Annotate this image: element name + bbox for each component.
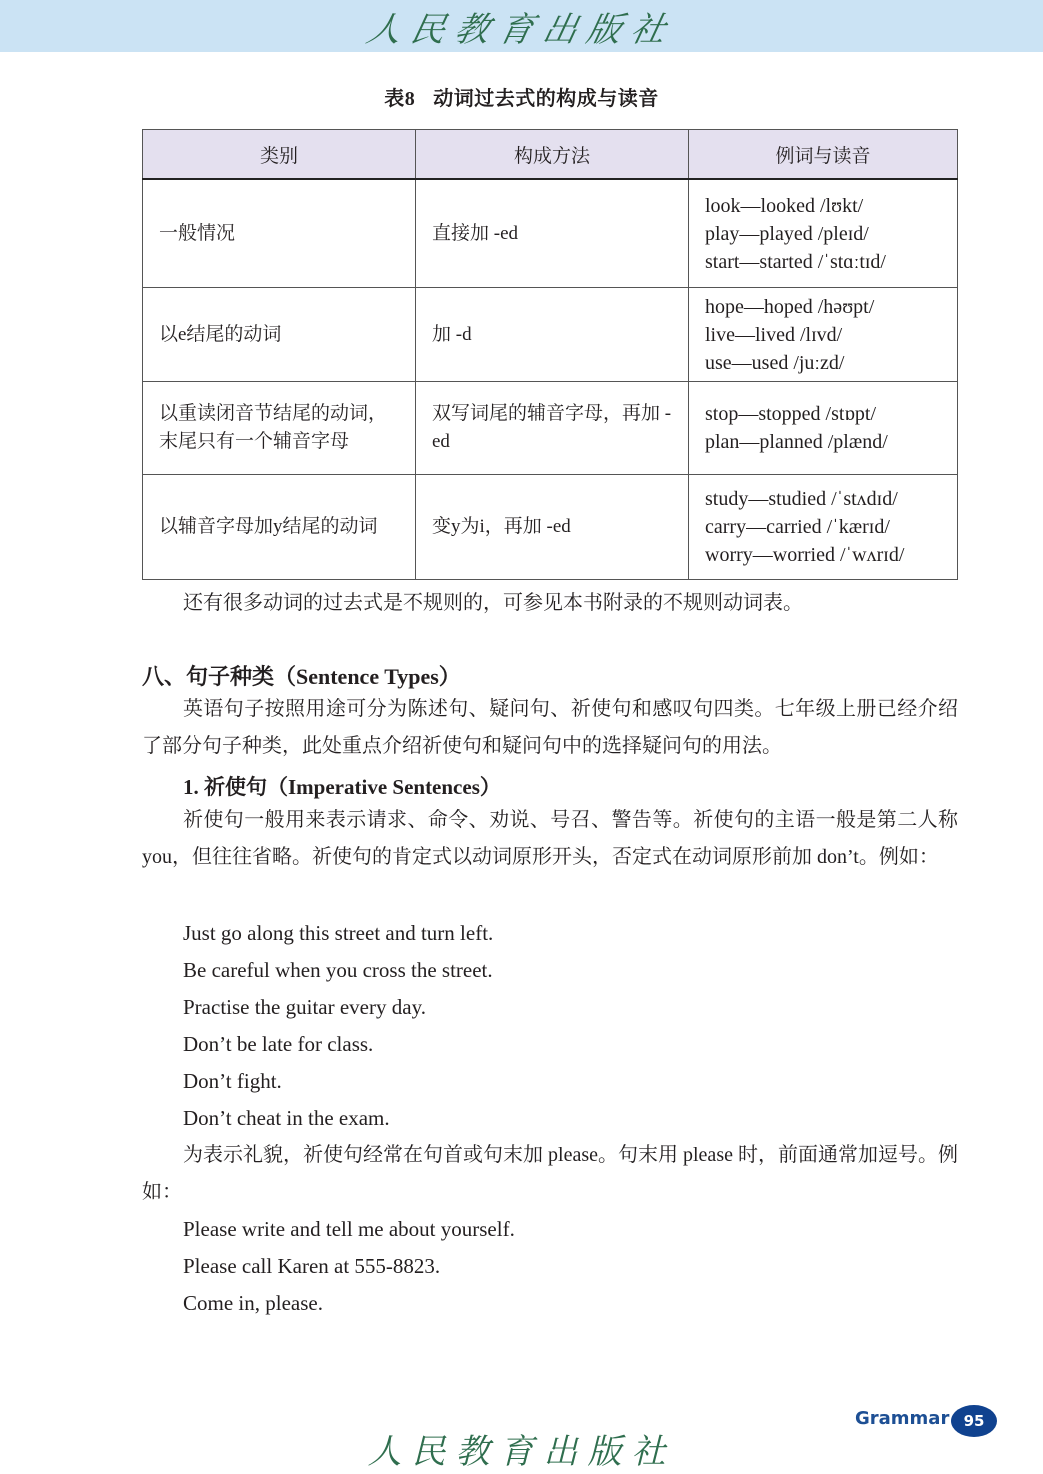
table-number: 表8 [384,88,415,110]
category-cell: 以辅音字母加y结尾的动词 [143,475,416,580]
imperative-paragraph: 祈使句一般用来表示请求、命令、劝说、号召、警告等。祈使句的主语一般是第二人称 y… [142,802,958,876]
example-line: carry—carried /ˈkærɪd/ [705,513,941,541]
column-header-method: 构成方法 [416,130,689,180]
table-row: 以e结尾的动词 加 -d hope—hoped /həʊpt/ live—liv… [143,288,958,382]
table-row: 一般情况 直接加 -ed look—looked /lʊkt/ play—pla… [143,179,958,288]
example-sentence: Please write and tell me about yourself. [183,1211,515,1248]
example-line: play—played /pleɪd/ [705,220,941,248]
example-line: look—looked /lʊkt/ [705,192,941,220]
examples-cell: look—looked /lʊkt/ play—played /pleɪd/ s… [689,179,958,288]
intro-paragraph: 英语句子按照用途可分为陈述句、疑问句、祈使句和感叹句四类。七年级上册已经介绍了部… [142,691,958,765]
method-cell: 加 -d [416,288,689,382]
column-header-category: 类别 [143,130,416,180]
example-sentence: Just go along this street and turn left. [183,915,493,952]
table-row: 以重读闭音节结尾的动词，末尾只有一个辅音字母 双写词尾的辅音字母，再加 -ed … [143,382,958,475]
column-header-examples: 例词与读音 [689,130,958,180]
table-title: 动词过去式的构成与读音 [433,88,659,110]
example-sentence: Please call Karen at 555-8823. [183,1248,515,1285]
header-band: 人民教育出版社 [0,0,1043,52]
example-sentence: Come in, please. [183,1285,515,1322]
example-line: use—used /juːzd/ [705,349,941,377]
example-line: stop—stopped /stɒpt/ [705,400,941,428]
example-line: start—started /ˈstɑːtɪd/ [705,248,941,276]
publisher-logo: 人民教育出版社 [362,2,680,51]
example-line: live—lived /lɪvd/ [705,321,941,349]
table-row: 以辅音字母加y结尾的动词 变y为i，再加 -ed study—studied /… [143,475,958,580]
imperative-examples: Just go along this street and turn left.… [183,915,493,1137]
example-line: plan—planned /plænd/ [705,428,941,456]
please-examples: Please write and tell me about yourself.… [183,1211,515,1322]
example-line: hope—hoped /həʊpt/ [705,293,941,321]
category-cell: 以重读闭音节结尾的动词，末尾只有一个辅音字母 [143,382,416,475]
example-sentence: Don’t cheat in the exam. [183,1100,493,1137]
subsection-heading: 1. 祈使句（Imperative Sentences） [183,771,501,801]
example-sentence: Be careful when you cross the street. [183,952,493,989]
examples-cell: hope—hoped /həʊpt/ live—lived /lɪvd/ use… [689,288,958,382]
category-cell: 一般情况 [143,179,416,288]
example-sentence: Don’t fight. [183,1063,493,1100]
example-sentence: Practise the guitar every day. [183,989,493,1026]
example-line: study—studied /ˈstʌdɪd/ [705,485,941,513]
footer-logo-wrap: 人民教育出版社 [0,1424,1043,1473]
footer-publisher-logo: 人民教育出版社 [368,1432,676,1472]
past-tense-table: 类别 构成方法 例词与读音 一般情况 直接加 -ed look—looked /… [142,129,958,580]
table-header-row: 类别 构成方法 例词与读音 [143,130,958,180]
method-cell: 直接加 -ed [416,179,689,288]
method-cell: 双写词尾的辅音字母，再加 -ed [416,382,689,475]
example-line: worry—worried /ˈwʌrɪd/ [705,541,941,569]
section-heading: 八、句子种类（Sentence Types） [142,660,461,691]
irregular-verbs-note: 还有很多动词的过去式是不规则的，可参见本书附录的不规则动词表。 [183,586,803,615]
examples-cell: stop—stopped /stɒpt/ plan—planned /plænd… [689,382,958,475]
table-caption: 表8动词过去式的构成与读音 [0,82,1043,111]
examples-cell: study—studied /ˈstʌdɪd/ carry—carried /ˈ… [689,475,958,580]
example-sentence: Don’t be late for class. [183,1026,493,1063]
please-paragraph: 为表示礼貌，祈使句经常在句首或句末加 please。句末用 please 时，前… [142,1137,958,1211]
category-cell: 以e结尾的动词 [143,288,416,382]
method-cell: 变y为i，再加 -ed [416,475,689,580]
